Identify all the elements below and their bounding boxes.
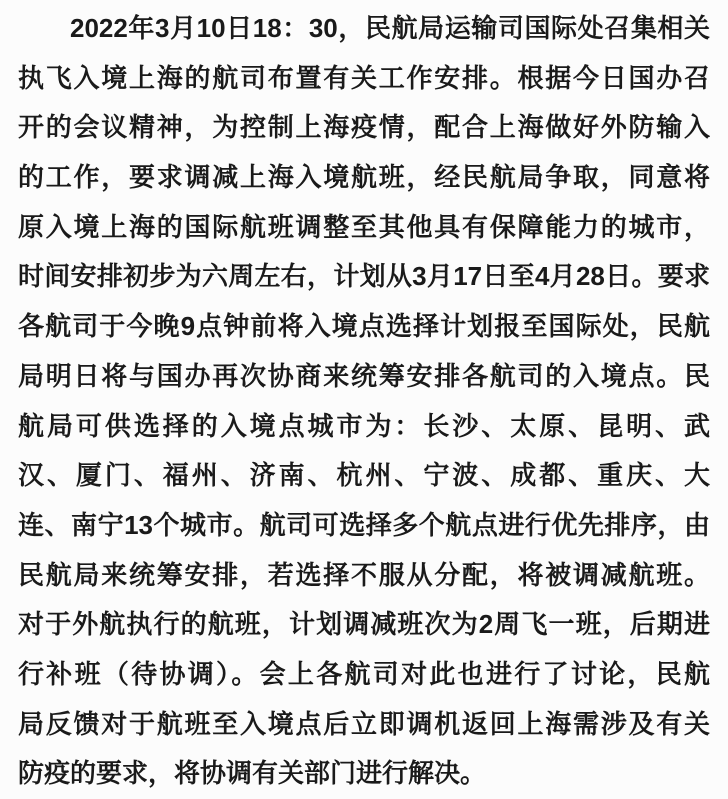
text-line: 2022年3月10日18：30，民航局运输司国际处召集相关	[18, 4, 710, 54]
text-line: 各航司于今晚9点钟前将入境点选择计划报至国际处，民航	[18, 302, 710, 352]
text-line: 连、南宁13个城市。航司可选择多个航点进行优先排序，由	[18, 501, 710, 551]
text-line: 局明日将与国办再次协商来统筹安排各航司的入境点。民	[18, 352, 710, 402]
text-line: 航局可供选择的入境点城市为：长沙、太原、昆明、武	[18, 402, 710, 452]
text-line: 行补班（待协调）。会上各航司对此也进行了讨论，民航	[18, 650, 710, 700]
document-page: 2022年3月10日18：30，民航局运输司国际处召集相关 执飞入境上海的航司布…	[0, 0, 728, 799]
text-line: 民航局来统筹安排，若选择不服从分配，将被调减航班。	[18, 551, 710, 601]
text-line: 防疫的要求，将协调有关部门进行解决。	[18, 749, 710, 799]
text-line: 汉、厦门、福州、济南、杭州、宁波、成都、重庆、大	[18, 451, 710, 501]
text-line: 执飞入境上海的航司布置有关工作安排。根据今日国办召	[18, 54, 710, 104]
text-line: 开的会议精神，为控制上海疫情，配合上海做好外防输入	[18, 103, 710, 153]
text-line: 的工作，要求调减上海入境航班，经民航局争取，同意将	[18, 153, 710, 203]
text-line: 原入境上海的国际航班调整至其他具有保障能力的城市，	[18, 203, 710, 253]
text-line: 局反馈对于航班至入境点后立即调机返回上海需涉及有关	[18, 700, 710, 750]
text-line: 时间安排初步为六周左右，计划从3月17日至4月28日。要求	[18, 252, 710, 302]
text-line: 对于外航执行的航班，计划调减班次为2周飞一班，后期进	[18, 600, 710, 650]
